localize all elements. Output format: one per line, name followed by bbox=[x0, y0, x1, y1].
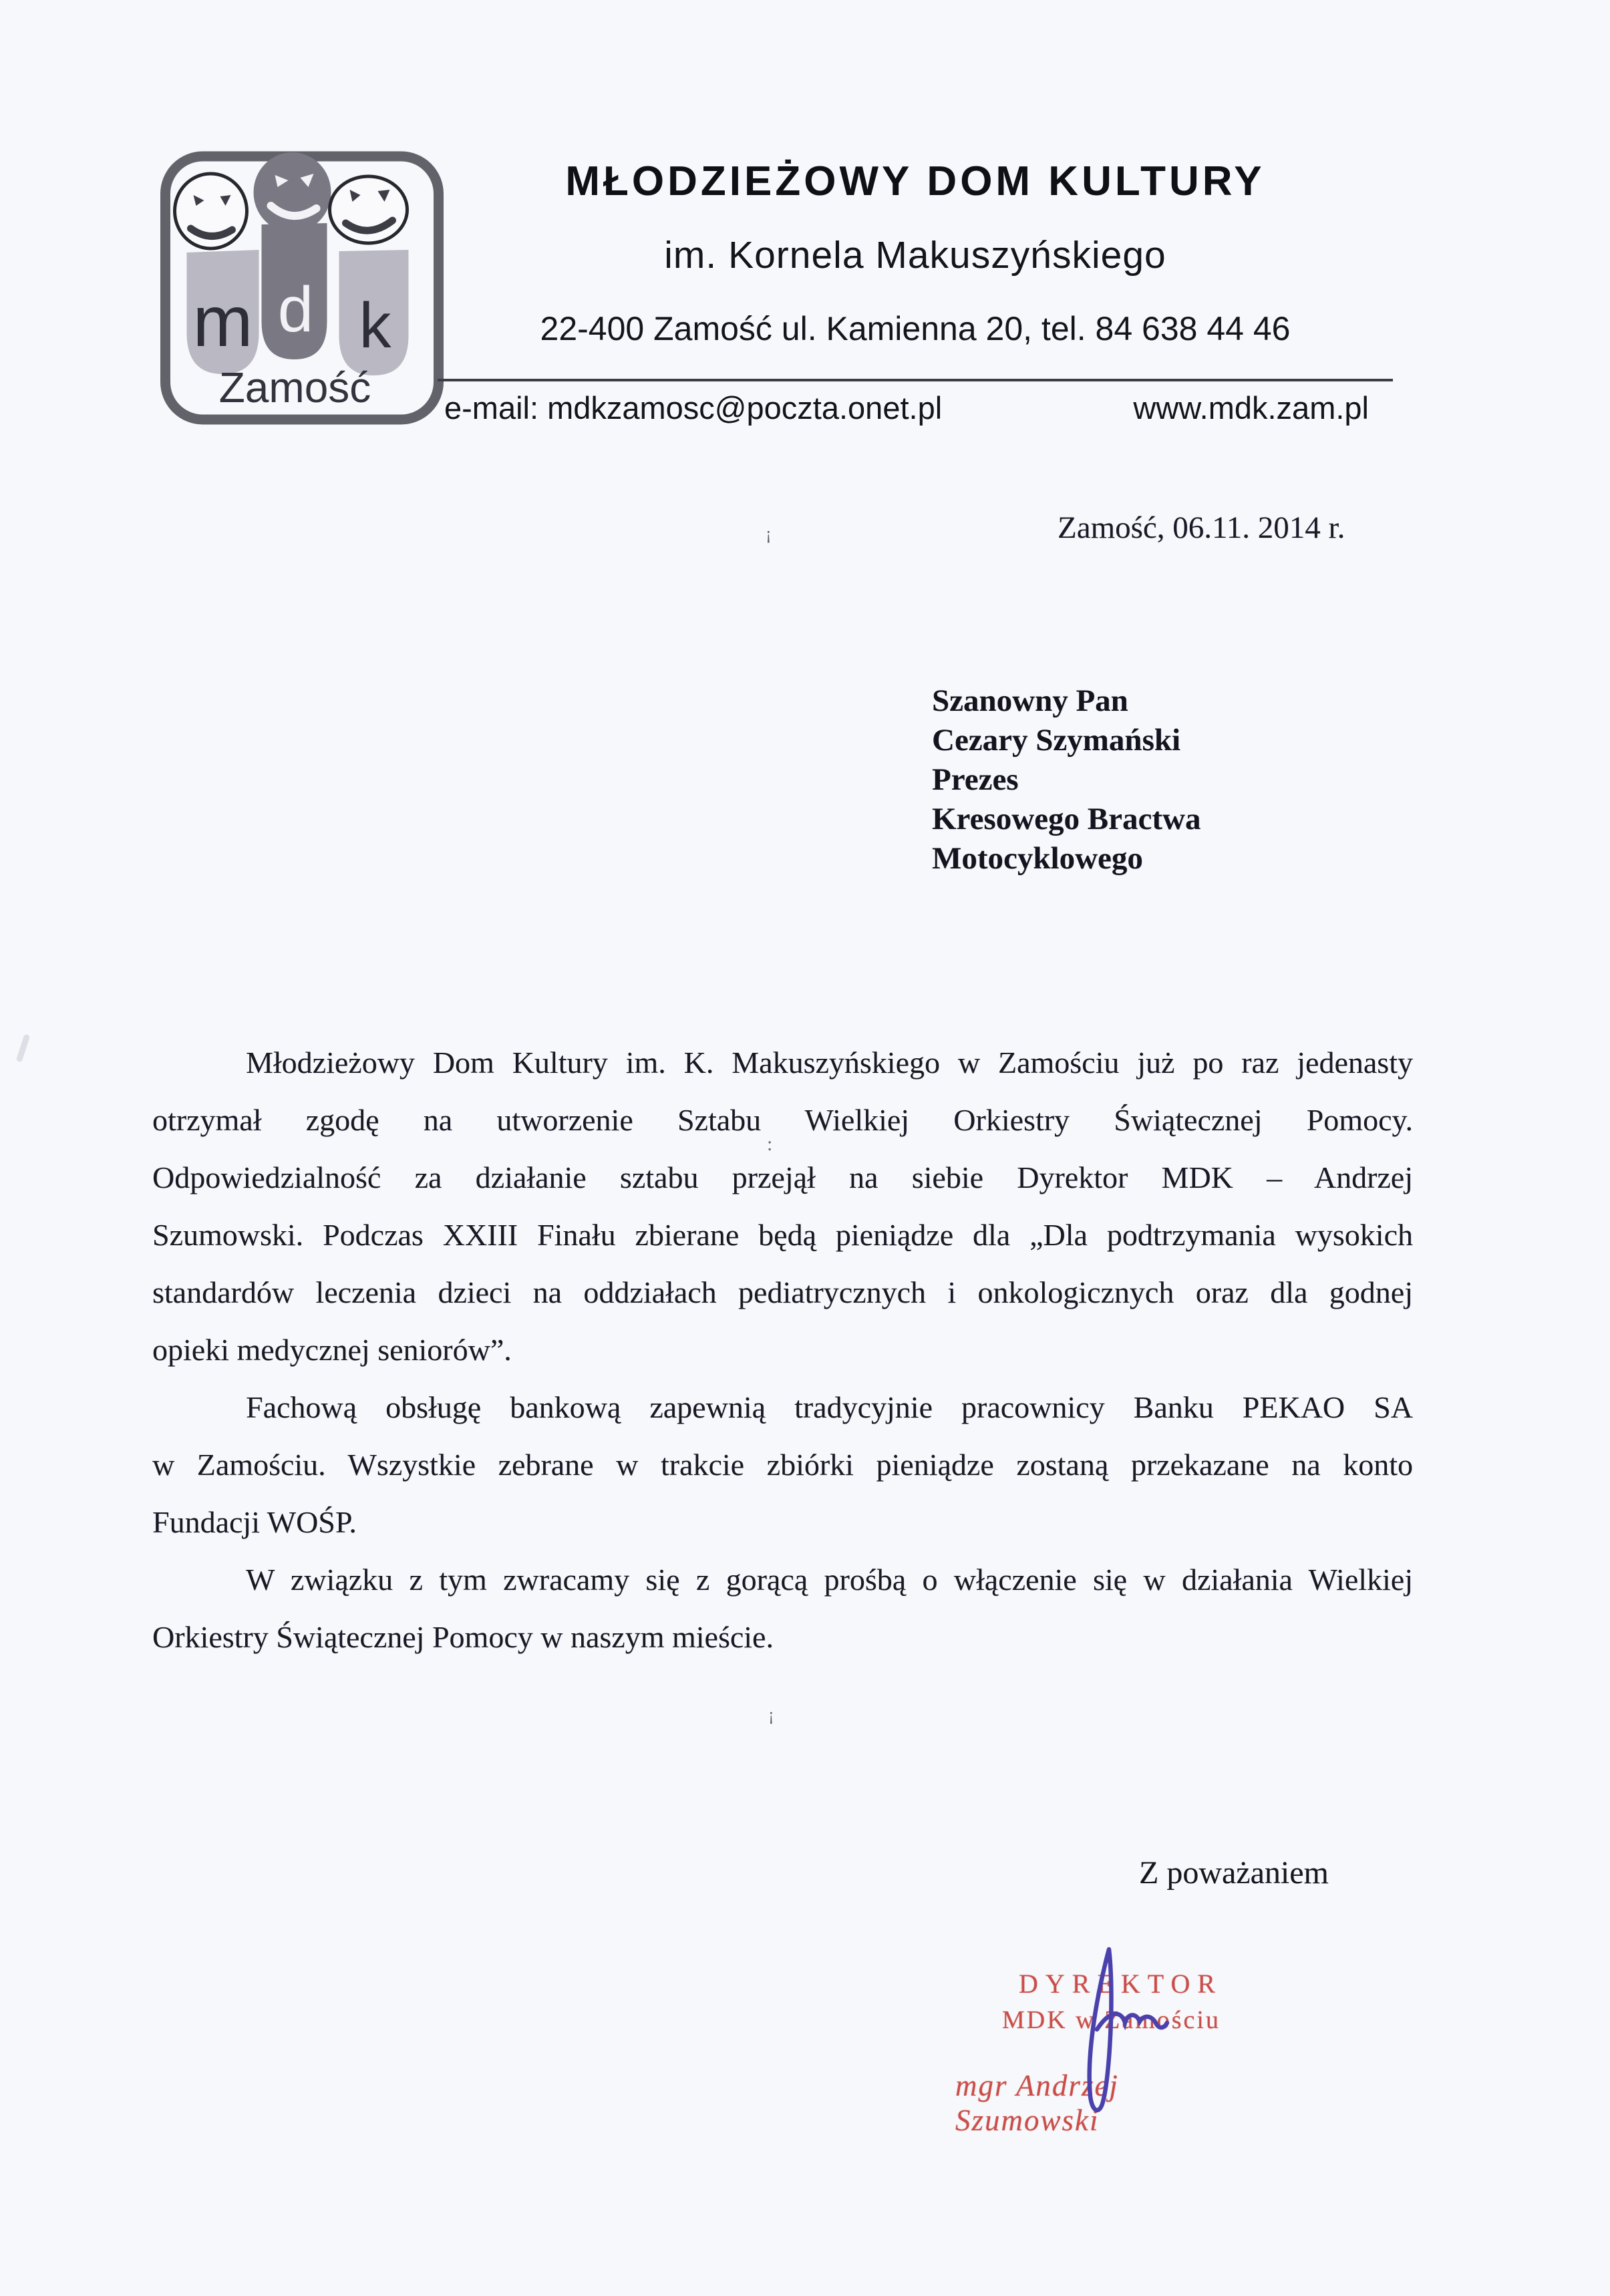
recipient-line: Prezes bbox=[932, 760, 1200, 800]
handwritten-signature bbox=[1057, 1944, 1190, 2136]
body-line: otrzymał zgodę na utworzenie Sztabu Wiel… bbox=[152, 1092, 1413, 1149]
org-address: 22-400 Zamość ul. Kamienna 20, tel. 84 6… bbox=[438, 309, 1393, 348]
logo-letter-m: m bbox=[193, 281, 253, 361]
recipient-block: Szanowny PanCezary SzymańskiPrezesKresow… bbox=[932, 681, 1200, 878]
website-text: www.mdk.zam.pl bbox=[1133, 389, 1369, 426]
scan-artifact: : bbox=[767, 1134, 772, 1154]
email-text: e-mail: mdkzamosc@poczta.onet.pl bbox=[444, 389, 942, 426]
signature-squiggle bbox=[1097, 2014, 1167, 2029]
body-line: Orkiestry Świątecznej Pomocy w naszym mi… bbox=[152, 1609, 1413, 1666]
date-line: Zamość, 06.11. 2014 r. bbox=[1058, 510, 1345, 546]
body-line: opieki medycznej seniorów”. bbox=[152, 1321, 1413, 1379]
recipient-line: Szanowny Pan bbox=[932, 681, 1200, 721]
scanned-letter-page: m d k Zamość MŁODZIEŻOWY DOM KULTURY im.… bbox=[0, 0, 1610, 2296]
pencil-smudge bbox=[16, 1034, 31, 1063]
org-name: MŁODZIEŻOWY DOM KULTURY bbox=[438, 158, 1393, 205]
recipient-line: Kresowego Bractwa bbox=[932, 800, 1200, 839]
body-line: W związku z tym zwracamy się z gorącą pr… bbox=[152, 1551, 1413, 1609]
scan-artifact: ¡ bbox=[766, 525, 772, 542]
mdk-logo: m d k Zamość bbox=[159, 151, 445, 425]
body-text: Młodzieżowy Dom Kultury im. K. Makuszyńs… bbox=[152, 1034, 1413, 1666]
recipient-line: Cezary Szymański bbox=[932, 721, 1200, 760]
logo-letter-k: k bbox=[359, 290, 392, 361]
scan-artifact: ¡ bbox=[768, 1706, 774, 1724]
body-line: w Zamościu. Wszystkie zebrane w trakcie … bbox=[152, 1436, 1413, 1494]
letterhead-text: MŁODZIEŻOWY DOM KULTURY im. Kornela Maku… bbox=[438, 148, 1393, 426]
org-patron: im. Kornela Makuszyńskiego bbox=[438, 233, 1393, 277]
logo-city-label: Zamość bbox=[219, 363, 371, 412]
logo-face-middle bbox=[254, 152, 331, 232]
contact-line: e-mail: mdkzamosc@poczta.onet.pl www.mdk… bbox=[438, 381, 1393, 426]
logo-letter-d: d bbox=[278, 274, 313, 345]
signature-loop bbox=[1090, 1949, 1112, 2110]
body-line: Fundacji WOŚP. bbox=[152, 1494, 1413, 1551]
closing-phrase: Z poważaniem bbox=[1139, 1854, 1329, 1891]
recipient-line: Motocyklowego bbox=[932, 839, 1200, 878]
body-line: Szumowski. Podczas XXIII Finału zbierane… bbox=[152, 1206, 1413, 1264]
body-line: Młodzieżowy Dom Kultury im. K. Makuszyńs… bbox=[152, 1034, 1413, 1092]
body-line: standardów leczenia dzieci na oddziałach… bbox=[152, 1264, 1413, 1321]
body-line: Odpowiedzialność za działanie sztabu prz… bbox=[152, 1149, 1413, 1206]
body-line: Fachową obsługę bankową zapewnią tradycy… bbox=[152, 1379, 1413, 1436]
